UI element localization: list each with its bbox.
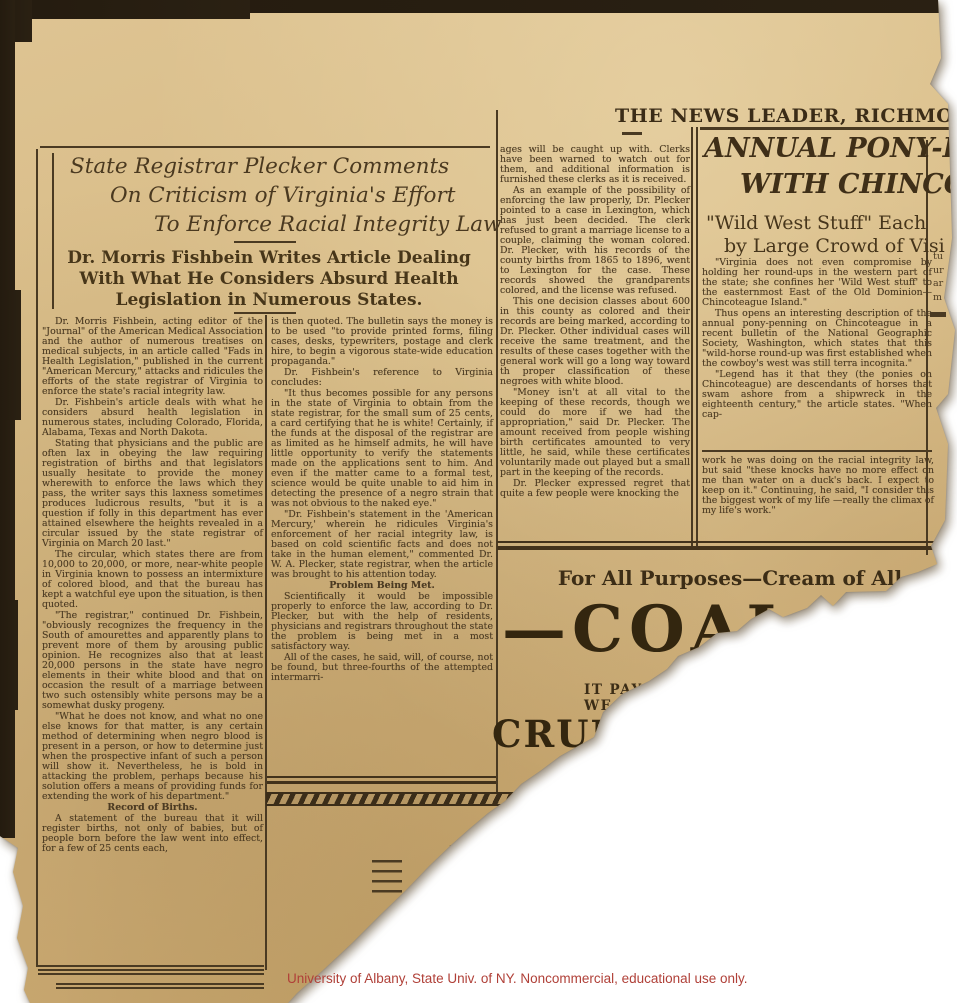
scan-dark-edge-left-bump2	[0, 600, 18, 710]
main-deck-line2: With What He Considers Absurd Health	[44, 269, 494, 290]
scanned-newspaper-page: THE NEWS LEADER, RICHMOND, VA., State Re…	[0, 0, 957, 1003]
fragment-letters: m	[933, 291, 955, 305]
col2-paragraph: All of the cases, he said, will, of cour…	[271, 653, 493, 683]
deck-divider-rule	[234, 312, 296, 314]
col1-paragraph: A statement of the bureau that it will r…	[42, 814, 263, 854]
torn-ad-lines-mark	[372, 860, 402, 896]
fragment-letters: ur	[933, 264, 955, 278]
scan-dark-edge-top-bump	[0, 0, 250, 19]
pony-paragraph: Thus opens an interesting description of…	[702, 309, 932, 369]
plecker-continuation: work he was doing on the racial integrit…	[702, 456, 934, 517]
main-deck: Dr. Morris Fishbein Writes Article Deali…	[44, 248, 494, 311]
newspaper-masthead: THE NEWS LEADER, RICHMOND, VA.,	[615, 105, 957, 127]
ad-line1: IT PAYS T	[584, 682, 672, 698]
pony-headline-line2: WITH CHINCOTEA	[740, 169, 957, 200]
rope-pattern-border	[266, 792, 516, 806]
main-headline: State Registrar Plecker Comments On Crit…	[62, 152, 497, 239]
col1-left-rule	[36, 149, 38, 967]
pony-article-body: "Virginia does not even compromise by ho…	[702, 258, 932, 421]
main-deck-line1: Dr. Morris Fishbein Writes Article Deali…	[44, 248, 494, 269]
col3-paragraph: This one decision classes about 600 in t…	[500, 297, 690, 387]
pony-paragraph: "Virginia does not even compromise by ho…	[702, 258, 932, 308]
col2-paragraph: Scientifically it would be impossible pr…	[271, 592, 493, 652]
col2-paragraph: is then quoted. The bulletin says the mo…	[271, 317, 493, 367]
fragment-letters: tu	[933, 250, 955, 264]
col2-paragraph: "Dr. Fishbein's statement in the 'Americ…	[271, 510, 493, 580]
torn-column-fragment: tu ur ar m	[933, 250, 955, 304]
col1-paragraph: Dr. Morris Fishbein, acting editor of th…	[42, 317, 263, 397]
col1-crosshead: Record of Births.	[42, 803, 263, 813]
col2-crosshead: Problem Being Met.	[271, 581, 493, 591]
col1-paragraph: Stating that physicians and the public a…	[42, 439, 263, 549]
col1-paragraph: The circular, which states there are fro…	[42, 550, 263, 610]
pony-headline-line1: ANNUAL PONY-PEN	[704, 133, 957, 164]
col3-paragraph: ages will be caught up with. Clerks have…	[500, 145, 690, 185]
col2-bottom-double-rule	[267, 776, 496, 784]
fragment-dash	[930, 312, 946, 317]
col1-col2-rule	[265, 315, 267, 970]
main-headline-line3: To Enforce Racial Integrity Law	[62, 210, 497, 239]
pony-mid-rule	[702, 450, 932, 452]
ad-tagline: For All Purposes—Cream of All	[540, 566, 920, 590]
clipping-shadow-wrap: THE NEWS LEADER, RICHMOND, VA., State Re…	[0, 0, 957, 1003]
main-headline-line1: State Registrar Plecker Comments	[62, 152, 497, 181]
col2-paragraph: Dr. Fishbein's reference to Virginia con…	[271, 368, 493, 388]
col1-double-rule-1	[56, 983, 264, 985]
col3-pony-rule-b	[696, 127, 698, 547]
article-column-1: Dr. Morris Fishbein, acting editor of th…	[42, 317, 263, 855]
archive-caption: University of Albany, State Univ. of NY.…	[287, 971, 747, 986]
col3-paragraph: "Money isn't at all vital to the keeping…	[500, 388, 690, 478]
scan-dark-edge-left-bump1	[0, 290, 21, 420]
col1-triple-rule-2	[38, 969, 264, 971]
col1-triple-rule-3	[38, 973, 264, 975]
newspaper-clipping: THE NEWS LEADER, RICHMOND, VA., State Re…	[0, 0, 957, 1003]
col1-paragraph: "What he does not know, and what no one …	[42, 712, 263, 802]
col1-paragraph: "The registrar," continued Dr. Fishbein,…	[42, 611, 263, 711]
col2-paragraph: "It thus becomes possible for any person…	[271, 389, 493, 509]
masthead-dash-rule	[622, 132, 642, 135]
col3-paragraph: Dr. Plecker expressed regret that quite …	[500, 479, 690, 499]
col3-pony-rule-a	[691, 127, 693, 547]
main-headline-line2: On Criticism of Virginia's Effort	[62, 181, 497, 210]
col1-paragraph: Dr. Fishbein's article deals with what h…	[42, 398, 263, 438]
col1-triple-rule-1	[38, 965, 264, 967]
headline-top-rule	[40, 146, 490, 148]
col3-bottom-double-rule	[497, 541, 934, 550]
torn-edge-ink-mark	[415, 829, 463, 878]
ad-coal-wordmark: —COAL	[502, 592, 797, 667]
pony-deck-line2: by Large Crowd of Visi	[706, 235, 945, 258]
ad-brand-crump: CRUMP	[492, 712, 663, 756]
pony-deck: "Wild West Stuff" Each by Large Crowd of…	[706, 212, 945, 258]
col1-double-rule-2	[56, 987, 264, 989]
col3-paragraph: As an example of the possibility of enfo…	[500, 186, 690, 296]
article-column-2: is then quoted. The bulletin says the mo…	[271, 317, 493, 684]
pony-paragraph: "Legend has it that they (the ponies on …	[702, 370, 932, 420]
pony-top-rule	[700, 127, 955, 130]
continuation-paragraph: work he was doing on the racial integrit…	[702, 456, 934, 516]
main-deck-line3: Legislation in Numerous States.	[44, 290, 494, 311]
headline-divider-rule	[234, 241, 296, 243]
pony-deck-line1: "Wild West Stuff" Each	[706, 212, 945, 235]
article-column-3: ages will be caught up with. Clerks have…	[500, 145, 690, 500]
fragment-letters: ar	[933, 277, 955, 291]
